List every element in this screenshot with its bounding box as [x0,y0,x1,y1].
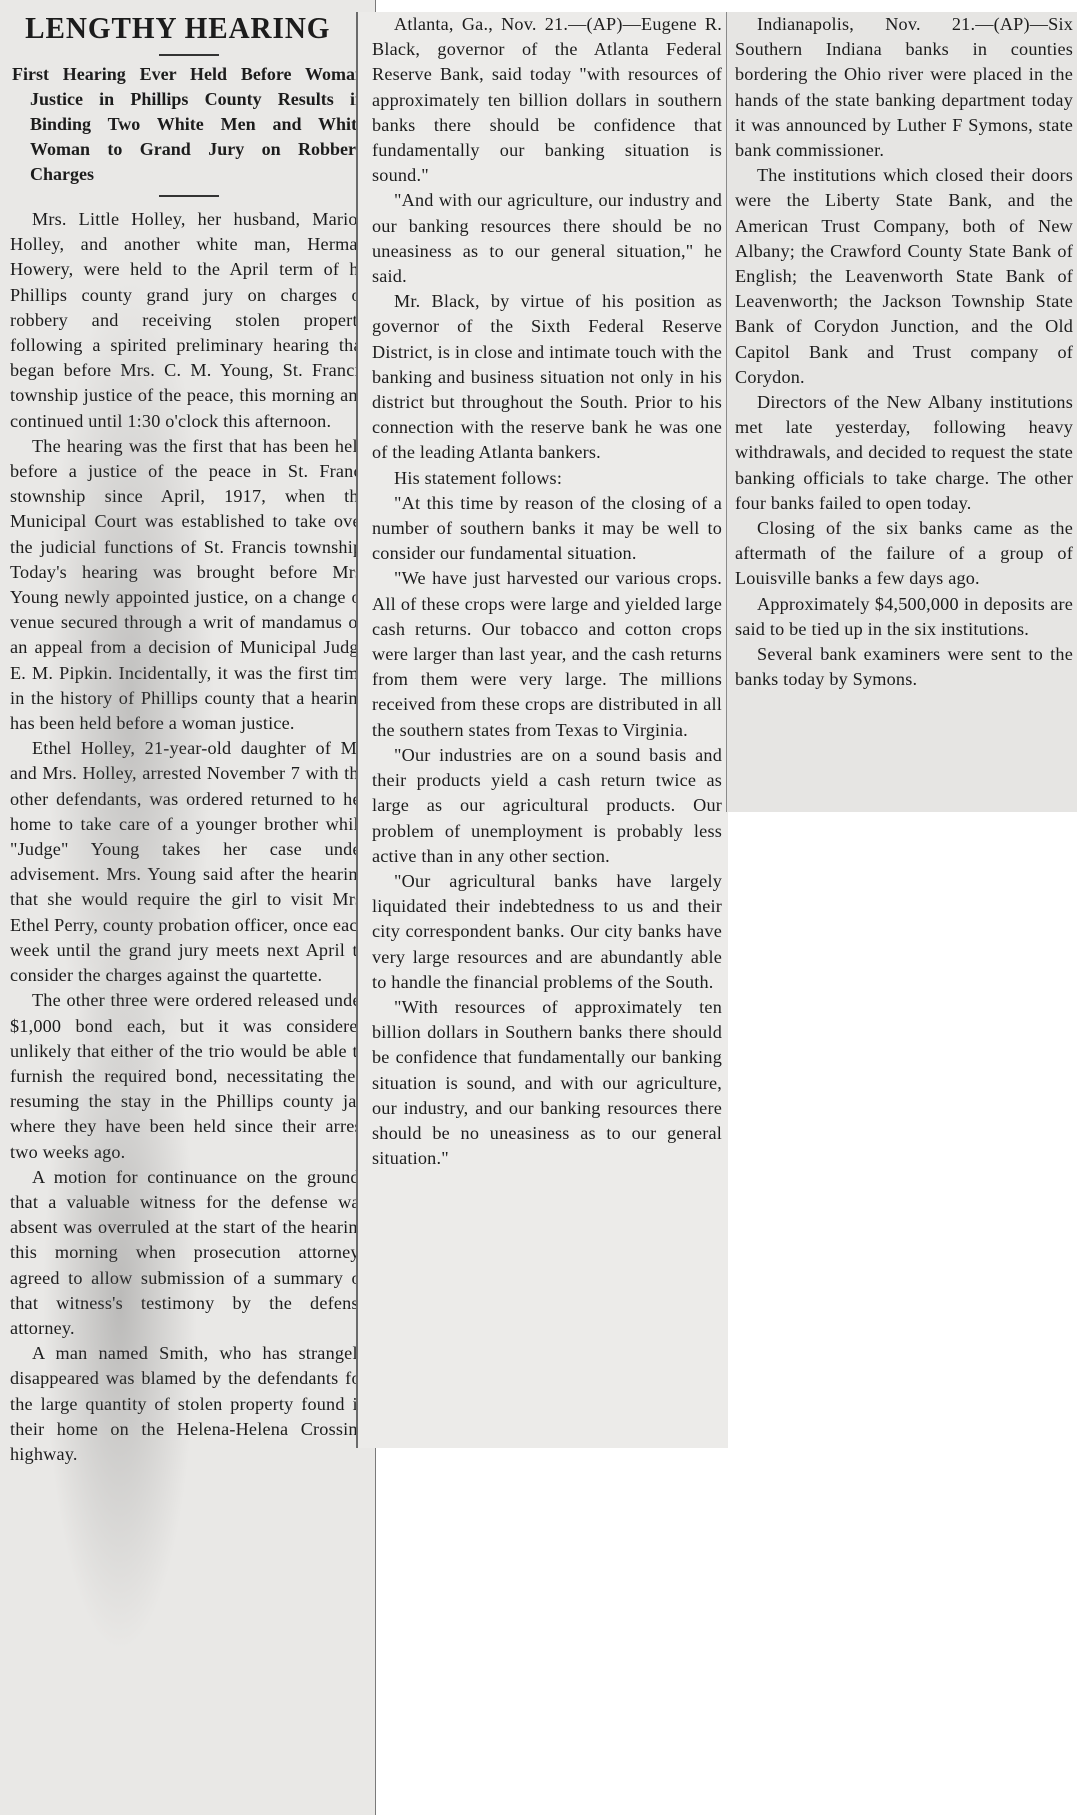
paragraph: Approximately $4,500,000 in deposits are… [735,592,1073,642]
dateline-paragraph: Indianapolis, Nov. 21.—(AP)—Six Southern… [735,12,1073,163]
paragraph: Closing of the six banks came as the aft… [735,516,1073,592]
headline-divider [159,54,219,56]
paragraph: Directors of the New Albany institutions… [735,390,1073,516]
article-body: Indianapolis, Nov. 21.—(AP)—Six Southern… [735,12,1073,692]
paragraph: "At this time by reason of the closing o… [372,491,722,567]
headline: LENGTHY HEARING [10,10,346,46]
article-body: Mrs. Little Holley, her husband, Marion … [10,207,367,1467]
paragraph: "We have just harvested our various crop… [372,566,722,742]
deck-divider [159,195,219,197]
paragraph: The other three were ordered released un… [10,988,367,1164]
middle-article-clipping: Atlanta, Ga., Nov. 21.—(AP)—Eugene R. Bl… [356,12,728,1448]
paragraph: His statement follows: [372,466,722,491]
article-body: Atlanta, Ga., Nov. 21.—(AP)—Eugene R. Bl… [372,12,722,1171]
dateline-paragraph: Atlanta, Ga., Nov. 21.—(AP)—Eugene R. Bl… [372,12,722,188]
paragraph: Several bank examiners were sent to the … [735,642,1073,692]
paragraph: A motion for continuance on the grounds … [10,1165,367,1341]
paragraph: The institutions which closed their door… [735,163,1073,390]
paragraph: "And with our agriculture, our industry … [372,188,722,289]
left-article-clipping: LENGTHY HEARING First Hearing Ever Held … [0,0,376,1815]
subheadline-deck: First Hearing Ever Held Before Woman Jus… [12,62,365,187]
paragraph: "Our industries are on a sound basis and… [372,743,722,869]
paragraph: "With resources of approximately ten bil… [372,995,722,1171]
paragraph: Mrs. Little Holley, her husband, Marion … [10,207,367,434]
paragraph: A man named Smith, who has strangely dis… [10,1341,367,1467]
paragraph: The hearing was the first that has been … [10,434,367,736]
paragraph: Ethel Holley, 21-year-old daughter of Mr… [10,736,367,988]
right-article-clipping: Indianapolis, Nov. 21.—(AP)—Six Southern… [726,12,1077,812]
paragraph: "Our agricultural banks have largely liq… [372,869,722,995]
paragraph: Mr. Black, by virtue of his position as … [372,289,722,465]
